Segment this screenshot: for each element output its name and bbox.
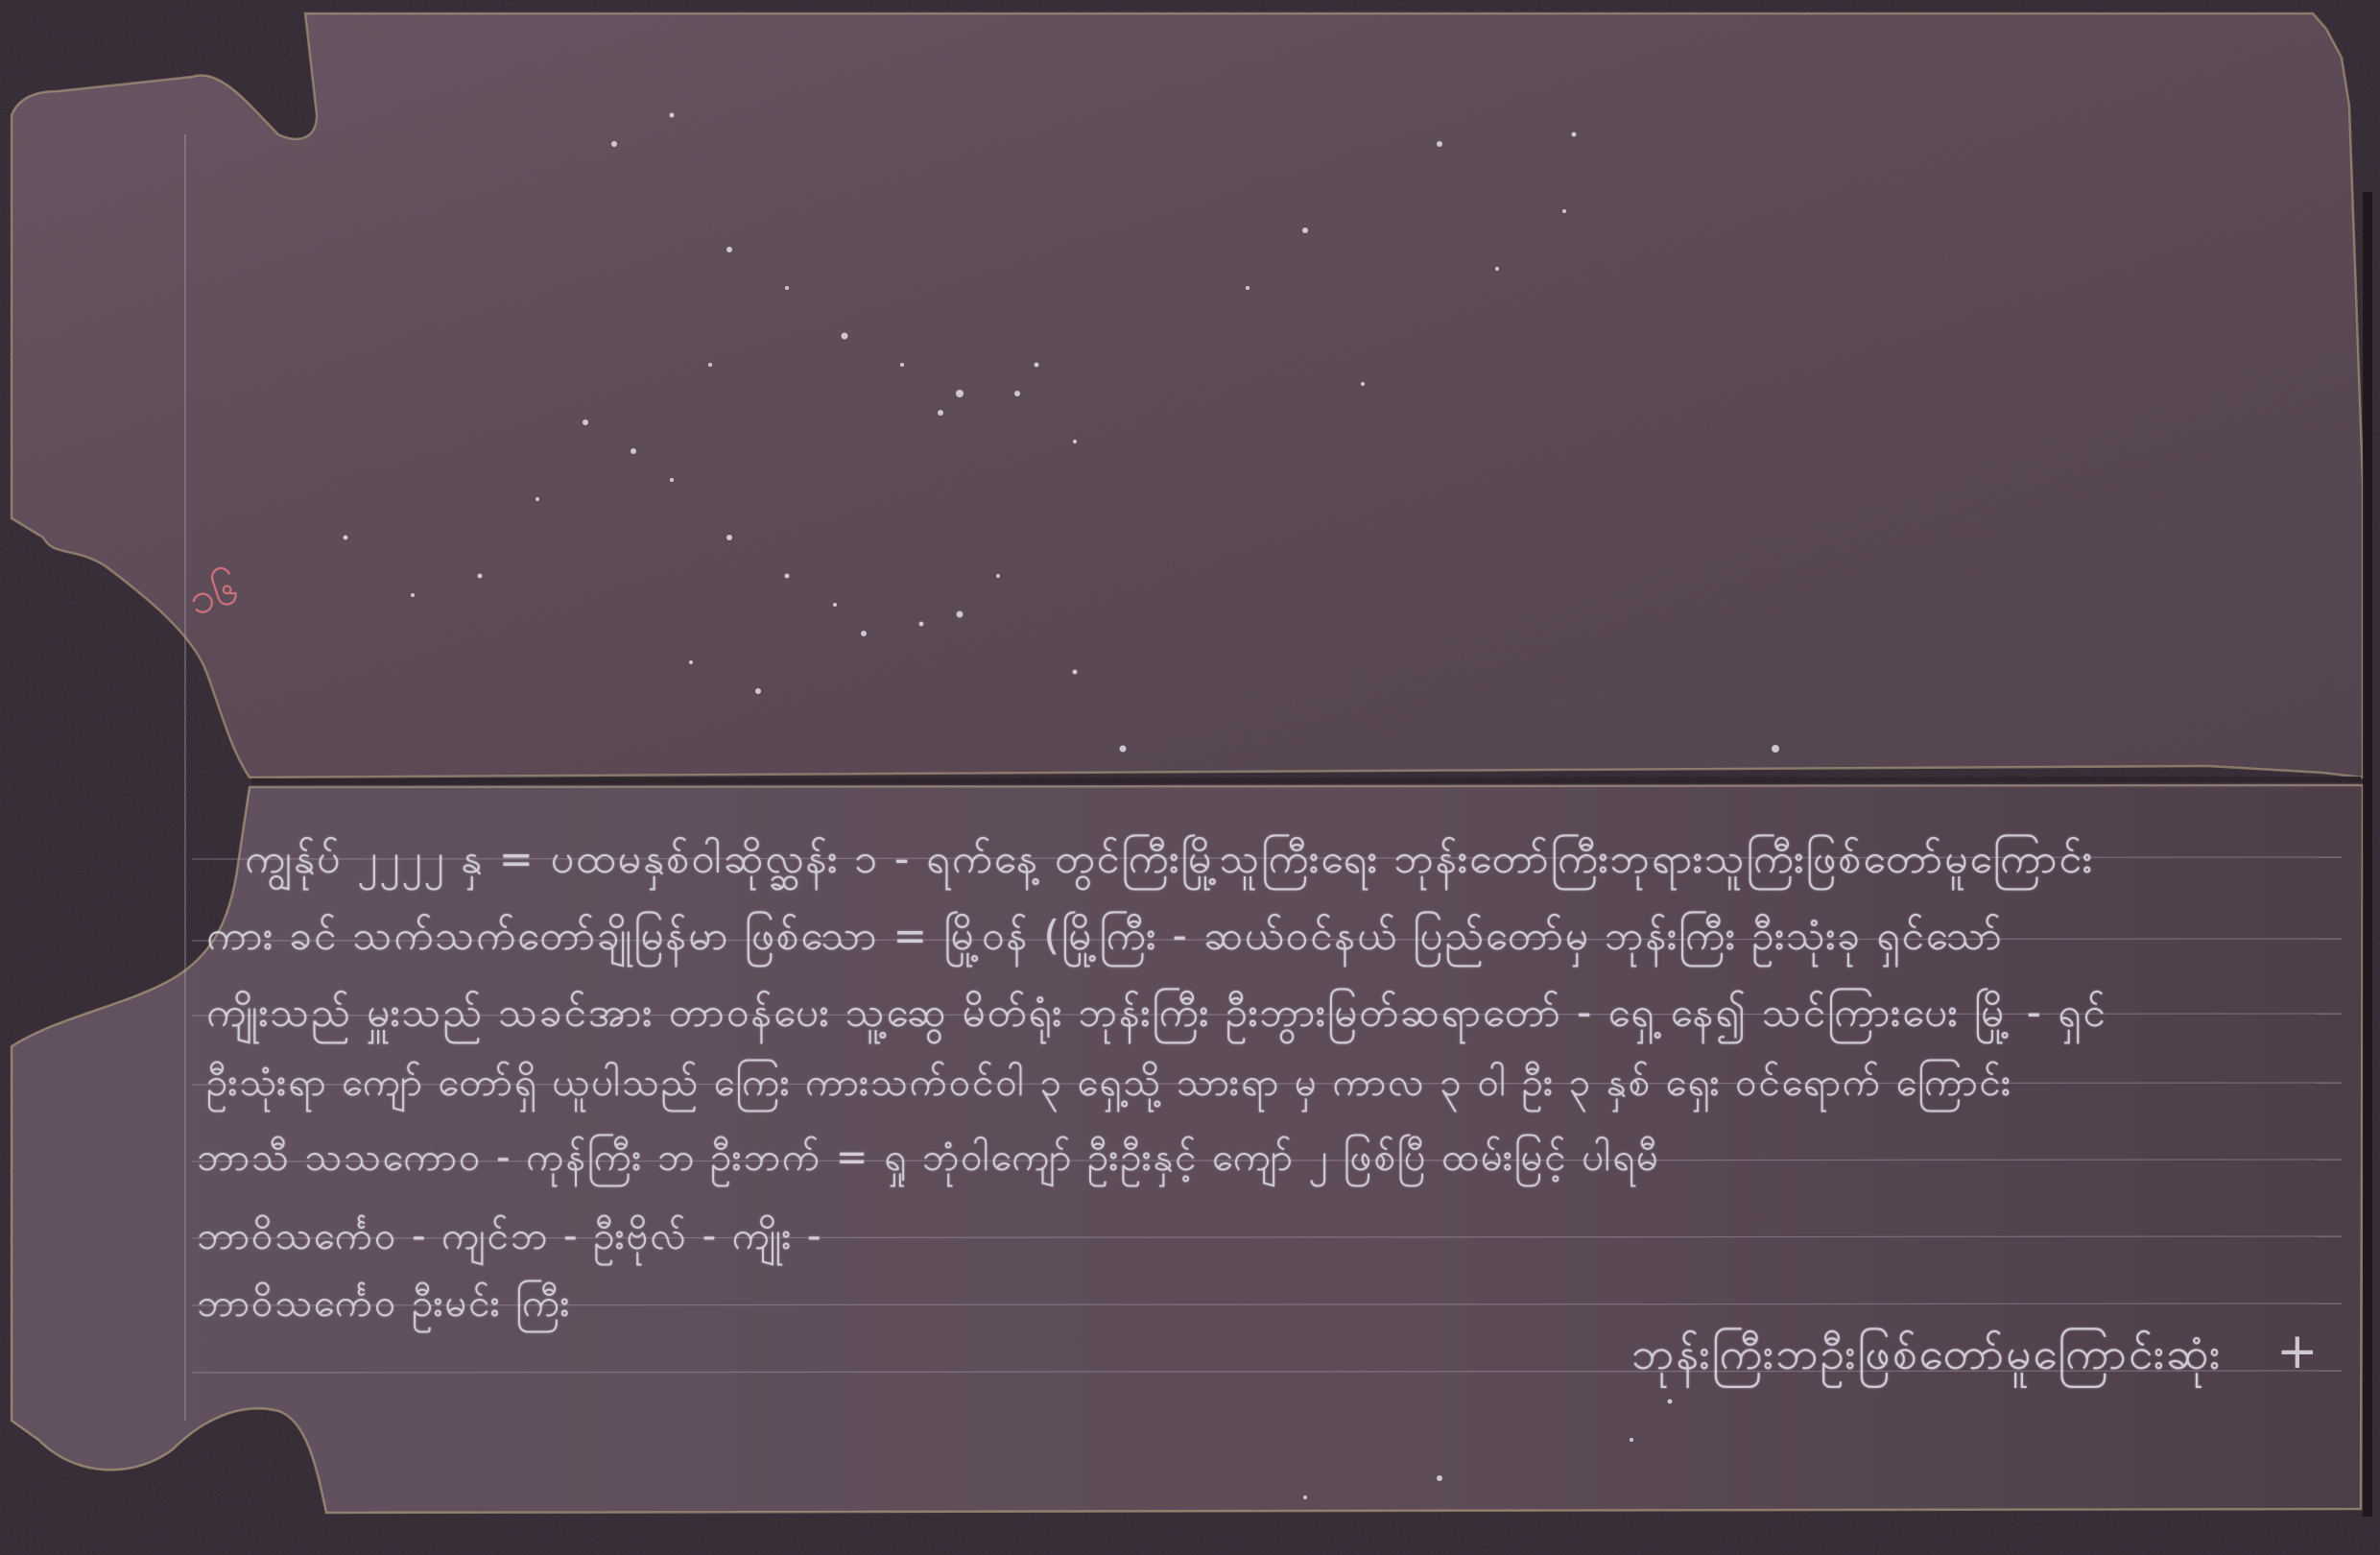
folio-number: ၁၆ [181,561,249,637]
text-line-7: ဘာဝိသင်္ကေဝ ဦးမင်း ကြီး [197,1279,571,1335]
text-line-1: ကျွန်ုပ် ၂၂၂၂ နှ = ပထမနှစ်ဝါဆိုလ္ဆန်း ၁ … [245,833,2094,893]
end-mark: + [2276,1323,2319,1380]
text-line-5: ဘာသီ သသကောဝ - ကုန်ကြီး ဘ ဦးဘက် = ရှု ဘုံ… [197,1133,1660,1189]
text-line-3: ကျိုးသည် မှူးသည် သခင်အား တာဝန်ပေး သူ့ဆွေ… [206,987,2107,1046]
text-line-4: ဦးသုံးရာ ကျော် တော်ရှိ ယူပါသည် ကြေး ကားသ… [206,1058,2012,1114]
text-line-6: ဘာဝိသင်္ကေဝ - ကျင်ဘ - ဦးဗိုလ် - ကျိုး - [197,1211,822,1268]
signature-line: ဘုန်းကြီးဘဦးဖြစ်တော်မူကြောင်းဆုံး [1631,1327,2222,1391]
text-line-2: ကား ခင် သက်သက်တော်ချိုမြန်မာ ဖြစ်သော = မ… [206,910,2004,969]
manuscript-text: ၁၆ ကျွန်ုပ် ၂၂၂၂ နှ = ပထမနှစ်ဝါဆိုလ္ဆန်း… [0,0,2380,1555]
